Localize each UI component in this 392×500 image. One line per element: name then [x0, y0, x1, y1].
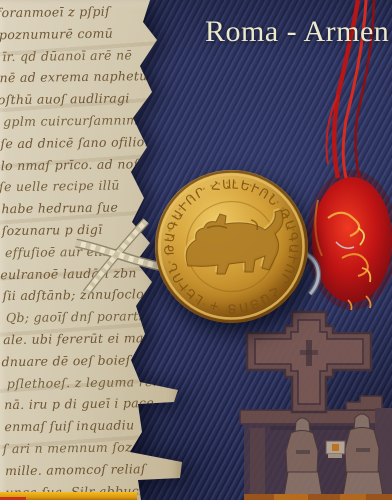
manuscript-line: ſe ad dnicē ſano ofilio.	[0, 131, 170, 155]
gold-seal-medallion: ԼԵՒՈՆ ԹԱԳԱՒՈՐ ՀԱՅՈՑ + ԼԵՒՈՆ ԹԱԳԱՒՈՐ ՀԱՅՈ…	[155, 170, 308, 323]
seal-lion-relief	[184, 208, 283, 274]
manuscript-line: mille. amomcoſ reliaſ	[5, 458, 175, 482]
cover-title: Roma - Armen	[205, 15, 389, 49]
manuscript-line: Qb; gaoīſ dnſ porarth	[6, 305, 173, 329]
manuscript-line: pſlethoeſ. z leguma rem	[7, 370, 174, 394]
manuscript-line: foranmoeī z pſpiſ	[0, 0, 169, 24]
manuscript-line: oſthū auoſ audliragi	[0, 87, 170, 111]
manuscript-line: enmaſ ſuiſ inquadiu	[4, 414, 174, 438]
manuscript-line: nā. iru p di gueī i pace	[4, 392, 174, 416]
manuscript-line: nē ad exrema naphetū.	[0, 65, 170, 89]
manuscript-line: īr. qd dūanoī arē nē	[2, 43, 169, 67]
amber-edge-strip	[0, 492, 137, 500]
manuscript-line: gplm cuircurſamnımo	[3, 109, 170, 133]
stone-cross-monument	[230, 300, 392, 500]
manuscript-line: ſe uelle recipe illū	[0, 174, 171, 198]
manuscript-line: dnuare dē oeſ boieſ qui	[1, 349, 173, 373]
manuscript-line: ale. ubi fererūt ei maliceſ	[3, 327, 173, 351]
book-cover-photo: foranmoeī z pſpiſpoznumurē comūīr. qd dū…	[0, 0, 392, 500]
manuscript-line: ſ ari n memnum ſoz	[3, 436, 175, 460]
manuscript-line: lo nmaſ prīco. ad noſ	[1, 152, 171, 176]
manuscript-line: poznumurē comū	[0, 22, 169, 46]
